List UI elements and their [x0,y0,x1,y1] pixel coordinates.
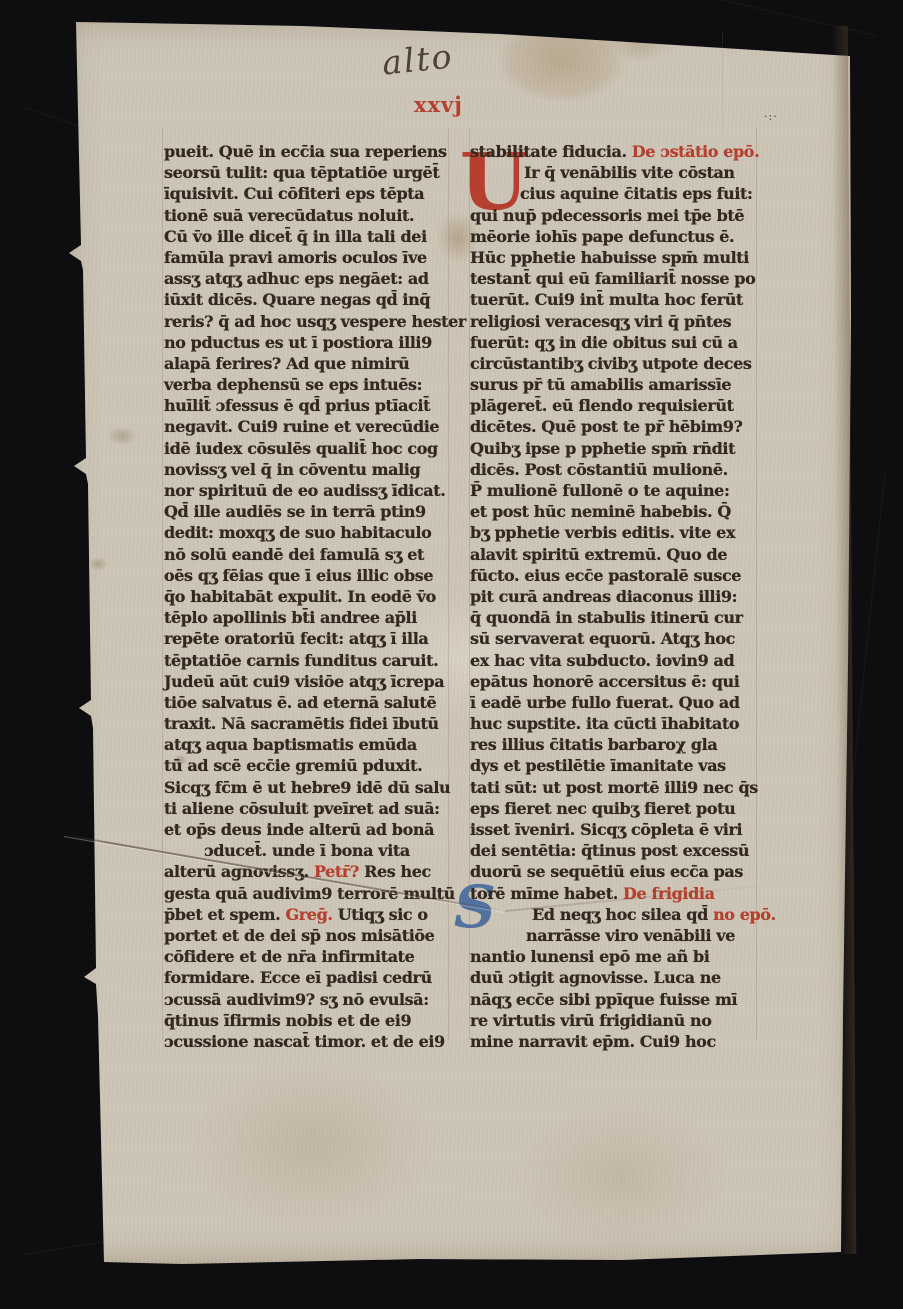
text-line: iūxit dicēs. Quare negas qd̄ inq̄ [164,289,458,310]
text-line: mēorie iohīs pape defunctus ē. [470,226,764,247]
text-run: narrāsse viro venābili ve [526,926,735,945]
text-run: circūstantibʒ civibʒ utpote deces [470,354,752,373]
text-line: seorsū tulit: qua tēptatiōe urgēt̄ [164,162,458,183]
text-run: Hūc pphetie habuisse spm̄ multi [470,248,749,267]
text-run: nantio lunensi epō me añ bi [470,947,709,966]
text-line: duorū se sequētiū eius ecc̄a pas [470,861,764,882]
text-run: Qd̄ ille audiēs se in terrā ptin9 [164,502,426,521]
text-run: oēs qʒ fēias que ī eius illic obse [164,566,433,585]
text-line: pueit. Quē in ecc̄ia sua reperiens [164,141,458,162]
text-run: repēte oratoriū fecit: atqʒ ī illa [164,629,428,648]
text-run: duorū se sequētiū eius ecc̄a pas [470,862,743,881]
text-line: pit curā andreas diaconus illi9: [470,586,764,607]
text-line: bʒ pphetie verbis editis. vite ex [470,522,764,543]
text-run: idē iudex cōsulēs qualit̄ hoc cog [164,439,438,458]
text-run: Quibʒ ipse p pphetie spm̄ rn̄dit [470,439,735,458]
text-line: ī eadē urbe fullo fuerat. Quo ad [470,692,764,713]
text-line: P̄ mulionē fullonē o te aquine: [470,480,764,501]
ink-specks: ·:· [764,110,778,123]
text-run: no pductus es ut ī postiora illi9 [164,333,432,352]
text-line: stabilitate fiducia. De ɔstātio epō. [470,141,764,162]
text-run: sū servaverat equorū. Atqʒ hoc [470,629,735,648]
text-line: tuerūt. Cui9 int̄ multa hoc ferūt [470,289,764,310]
text-line: cōfidere et de nr̄a infirmitate [164,946,458,967]
text-line: re virtutis virū frigidianū no [470,1010,764,1031]
text-run: tū ad scē ecc̄ie gremiū pduxit. [164,756,422,775]
text-line: dedit: moxqʒ de suo habitaculo [164,522,458,543]
text-line: surus pr̄ tū amabilis amarissīe [470,374,764,395]
text-line: tēplo apollinis bt̄i andree ap̄li [164,607,458,628]
text-line: qui nup̄ pdecessoris mei tp̄e btē [470,205,764,226]
text-run: pit curā andreas diaconus illi9: [470,587,737,606]
text-run: traxit. Nā sacramētis fidei ībutū [164,714,439,733]
text-line: tionē suā verecūdatus noluit. [164,205,458,226]
text-line: q̄ quondā in stabulis itinerū cur [470,607,764,628]
text-run: dys et pestilētie īmanitate vas [470,756,726,775]
text-line: tati sūt: ut post mortē illi9 nec q̄s [470,777,764,798]
text-run: bʒ pphetie verbis editis. vite ex [470,523,735,542]
text-run: epātus honorē accersitus ē: qui [470,672,739,691]
text-line: idē iudex cōsulēs qualit̄ hoc cog [164,438,458,459]
text-run: seorsū tulit: qua tēptatiōe urgēt̄ [164,163,439,182]
text-run: dedit: moxqʒ de suo habitaculo [164,523,431,542]
text-run: mēorie iohīs pape defunctus ē. [470,227,734,246]
text-line: īquisivit. Cui cōfiteri eps tēpta [164,183,458,204]
text-line: Ed neqʒ hoc silea qd̄ no epō. [470,904,764,925]
margin-gloss: alto [380,36,455,82]
text-line: ti aliene cōsuluit pveīret ad suā: [164,798,458,819]
text-run: formidare. Ecce eī padisi cedrū [164,968,432,987]
text-line: Cū v̄o ille dicet̄ q̄ in illa tali dei [164,226,458,247]
text-run: stabilitate fiducia. [470,142,632,161]
text-run: fuerūt: qʒ in die obitus sui cū a [470,333,738,352]
text-line: cius aquine c̄itatis eps fuit: [470,183,764,204]
text-run: surus pr̄ tū amabilis amarissīe [470,375,731,394]
text-line: circūstantibʒ civibʒ utpote deces [470,353,764,374]
text-run: Ed neqʒ hoc silea qd̄ [532,905,713,924]
text-run: Ir q̄ venābilis vite cōstan [524,163,735,182]
text-line: alavit spiritū extremū. Quo de [470,544,764,565]
text-line: nō solū eandē dei famulā sʒ et [164,544,458,565]
text-line: gesta quā audivim9 terrorē multū [164,883,458,904]
text-line: mine narravit ep̄m. Cui9 hoc [470,1031,764,1052]
text-line: nāqʒ ecc̄e sibi ppīque fuisse mī [470,989,764,1010]
text-run: mine narravit ep̄m. Cui9 hoc [470,1032,716,1051]
text-run: Greḡ. [286,905,333,924]
text-line: sū servaverat equorū. Atqʒ hoc [470,628,764,649]
text-line: no pductus es ut ī postiora illi9 [164,332,458,353]
text-run: no epō. [713,905,776,924]
text-line: isset īveniri. Sicqʒ cōpleta ē viri [470,819,764,840]
text-run: iūxit dicēs. Quare negas qd̄ inq̄ [164,290,430,309]
text-run: Utiqʒ sic o [333,905,428,924]
text-run: ɔducet̄. unde ī bona vita [204,841,410,860]
text-line: Judeū aūt cui9 visiōe atqʒ īcrepa [164,671,458,692]
text-run: ex hac vita subducto. iovin9 ad [470,651,734,670]
text-run: re virtutis virū frigidianū no [470,1011,712,1030]
text-line: dicēs. Post cōstantiū mulionē. [470,459,764,480]
text-line: novissʒ vel q̄ in cōventu malig [164,459,458,480]
text-line: religiosi veracesqʒ viri q̄ pn̄tes [470,311,764,332]
text-run: dei sentētia: q̄tinus post excessū [470,841,749,860]
text-run: Res hec [359,862,431,881]
text-run: alavit spiritū extremū. Quo de [470,545,727,564]
text-line: Sicqʒ fc̄m ē ut hebre9 idē dū salu [164,777,458,798]
text-line: famūla pravi amoris oculos īve [164,247,458,268]
text-line: nantio lunensi epō me añ bi [470,946,764,967]
text-run: eps fieret nec quibʒ fieret potu [470,799,735,818]
text-run: nō solū eandē dei famulā sʒ et [164,545,424,564]
text-line: fūcto. eius ecc̄e pastoralē susce [470,565,764,586]
text-line: dicētes. Quē post te pr̄ hēbim9? [470,416,764,437]
text-line: p̄bet et spem. Greḡ. Utiqʒ sic o [164,904,458,925]
text-run: isset īveniri. Sicqʒ cōpleta ē viri [470,820,742,839]
text-run: testant̄ qui eū familiarit̄ nosse po [470,269,755,288]
text-run: negavit. Cui9 ruine et verecūdie [164,417,439,436]
text-line: oēs qʒ fēias que ī eius illic obse [164,565,458,586]
text-line: negavit. Cui9 ruine et verecūdie [164,416,458,437]
text-line: tū ad scē ecc̄ie gremiū pduxit. [164,755,458,776]
text-run: res illius c̄itatis barbaroχ gla [470,735,717,754]
text-run: ī eadē urbe fullo fuerat. Quo ad [470,693,740,712]
text-run: assʒ atqʒ adhuc eps negāet: ad [164,269,429,288]
text-column-2: stabilitate fiducia. De ɔstātio epō.Ir q… [470,141,764,1052]
text-run: De ɔstātio epō. [632,142,759,161]
text-line: testant̄ qui eū familiarit̄ nosse po [470,268,764,289]
folio-number: xxvj [414,92,463,117]
text-run: famūla pravi amoris oculos īve [164,248,427,267]
text-run: Sicqʒ fc̄m ē ut hebre9 idē dū salu [164,778,450,797]
text-line: plāgeret̄. eū flendo requisierūt [470,395,764,416]
text-run: huīlit̄ ɔfessus ē qd̄ prius ptīacit̄ [164,396,430,415]
text-run: novissʒ vel q̄ in cōventu malig [164,460,420,479]
text-line: atqʒ aqua baptismatis emūda [164,734,458,755]
text-run: īquisivit. Cui cōfiteri eps tēpta [164,184,424,203]
background-scratch [851,471,885,789]
text-run: alapā ferires? Ad que nimirū [164,354,409,373]
text-column-1: pueit. Quē in ecc̄ia sua reperiensseorsū… [164,141,458,1052]
text-run: portet et de dei sp̄ nos misātiōe [164,926,434,945]
text-line: epātus honorē accersitus ē: qui [470,671,764,692]
text-run: p̄bet et spem. [164,905,286,924]
text-line: repēte oratoriū fecit: atqʒ ī illa [164,628,458,649]
text-run: ɔcussā audivim9? sʒ nō evulsā: [164,990,429,1009]
text-run: q̄ quondā in stabulis itinerū cur [470,608,743,627]
text-run: huc supstite. ita cūcti īhabitato [470,714,739,733]
text-run: Cū v̄o ille dicet̄ q̄ in illa tali dei [164,227,427,246]
text-line: Quibʒ ipse p pphetie spm̄ rn̄dit [470,438,764,459]
text-line: reris? q̄ ad hoc usqʒ vespere hester [164,311,458,332]
text-run: P̄ mulionē fullonē o te aquine: [470,481,729,500]
text-run: tēptatiōe carnis funditus caruit. [164,651,438,670]
ruling-line [162,128,163,1040]
text-run: tionē suā verecūdatus noluit. [164,206,414,225]
text-run: ɔcussione nascat̄ timor. et de ei9 [164,1032,445,1051]
text-line: traxit. Nā sacramētis fidei ībutū [164,713,458,734]
text-run: plāgeret̄. eū flendo requisierūt [470,396,734,415]
text-line: huc supstite. ita cūcti īhabitato [470,713,764,734]
text-line: formidare. Ecce eī padisi cedrū [164,967,458,988]
ruling-line [722,32,723,132]
text-run: duū ɔtigit agnovisse. Luca ne [470,968,721,987]
text-run: q̄o habitabāt expulit. In eodē v̄o [164,587,436,606]
text-line: Hūc pphetie habuisse spm̄ multi [470,247,764,268]
text-line: nor spirituū de eo audissʒ īdicat. [164,480,458,501]
text-run: q̄tinus īfirmis nobis et de ei9 [164,1011,411,1030]
text-run: nor spirituū de eo audissʒ īdicat. [164,481,445,500]
text-run: verba dephensū se eps intuēs: [164,375,422,394]
text-run: nāqʒ ecc̄e sibi ppīque fuisse mī [470,990,737,1009]
text-run: Judeū aūt cui9 visiōe atqʒ īcrepa [164,672,444,691]
text-line: tēptatiōe carnis funditus caruit. [164,650,458,671]
text-line: portet et de dei sp̄ nos misātiōe [164,925,458,946]
text-line: assʒ atqʒ adhuc eps negāet: ad [164,268,458,289]
photograph-stage: alto xxvj ·:· U S pueit. Quē in ecc̄ia s… [0,0,903,1309]
text-line: alapā ferires? Ad que nimirū [164,353,458,374]
text-line: Qd̄ ille audiēs se in terrā ptin9 [164,501,458,522]
text-run: et op̄s deus inde alterū ad bonā [164,820,434,839]
text-line: dei sentētia: q̄tinus post excessū [470,840,764,861]
text-line: Ir q̄ venābilis vite cōstan [470,162,764,183]
text-run: et post hūc neminē habebis. Q̄ [470,502,731,521]
text-line: tiōe salvatus ē. ad eternā salutē [164,692,458,713]
text-run: tiōe salvatus ē. ad eternā salutē [164,693,436,712]
text-line: ɔcussione nascat̄ timor. et de ei9 [164,1031,458,1052]
text-line: ex hac vita subducto. iovin9 ad [470,650,764,671]
text-line: fuerūt: qʒ in die obitus sui cū a [470,332,764,353]
text-line: huīlit̄ ɔfessus ē qd̄ prius ptīacit̄ [164,395,458,416]
text-run: qui nup̄ pdecessoris mei tp̄e btē [470,206,744,225]
text-line: q̄o habitabāt expulit. In eodē v̄o [164,586,458,607]
text-line: eps fieret nec quibʒ fieret potu [470,798,764,819]
text-line: ɔcussā audivim9? sʒ nō evulsā: [164,989,458,1010]
text-run: tuerūt. Cui9 int̄ multa hoc ferūt [470,290,743,309]
text-line: narrāsse viro venābili ve [470,925,764,946]
text-run: tati sūt: ut post mortē illi9 nec q̄s [470,778,758,797]
text-run: cōfidere et de nr̄a infirmitate [164,947,414,966]
text-run: pueit. Quē in ecc̄ia sua reperiens [164,142,447,161]
text-run: cius aquine c̄itatis eps fuit: [520,184,753,203]
text-run: tēplo apollinis bt̄i andree ap̄li [164,608,417,627]
text-line: et post hūc neminē habebis. Q̄ [470,501,764,522]
text-run: reris? q̄ ad hoc usqʒ vespere hester [164,312,466,331]
text-run: atqʒ aqua baptismatis emūda [164,735,417,754]
text-line: q̄tinus īfirmis nobis et de ei9 [164,1010,458,1031]
text-line: dys et pestilētie īmanitate vas [470,755,764,776]
text-run: religiosi veracesqʒ viri q̄ pn̄tes [470,312,731,331]
text-line: verba dephensū se eps intuēs: [164,374,458,395]
text-run: dicēs. Post cōstantiū mulionē. [470,460,728,479]
text-line: et op̄s deus inde alterū ad bonā [164,819,458,840]
text-run: fūcto. eius ecc̄e pastoralē susce [470,566,741,585]
text-line: res illius c̄itatis barbaroχ gla [470,734,764,755]
text-run: dicētes. Quē post te pr̄ hēbim9? [470,417,743,436]
text-run: ti aliene cōsuluit pveīret ad suā: [164,799,440,818]
text-line: duū ɔtigit agnovisse. Luca ne [470,967,764,988]
